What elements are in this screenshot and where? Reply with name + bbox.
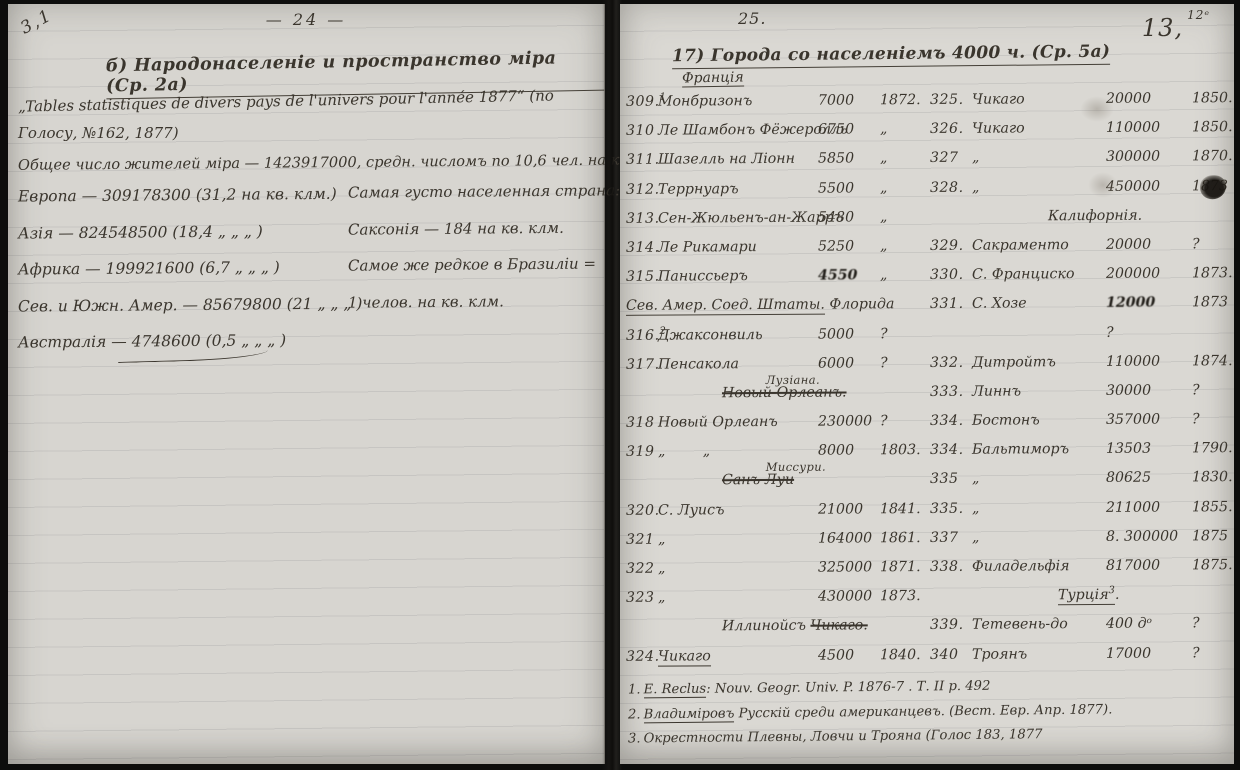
cell-number: 311. xyxy=(626,152,658,168)
corner-superscript: 12ᵉ xyxy=(1187,8,1210,22)
inserted-correction: Лузіана. xyxy=(766,373,820,387)
stat-row: Азія — 824548500 (18,4 „ „ „ )Саксонія —… xyxy=(18,218,604,260)
cell-year: 1873 xyxy=(1190,294,1232,310)
cell-population: 4550 xyxy=(816,267,878,283)
stat-row: Африка — 199921600 (6,7 „ „ „ )Самое же … xyxy=(18,254,604,296)
cities-table: 309.1Монбризонъ70001872.325.Чикаго200001… xyxy=(626,92,1232,676)
city-name: Бальтиморъ xyxy=(972,441,1069,458)
left-page: 3,1 — 24 — б) Народонаселеніе и простран… xyxy=(8,4,605,764)
cell-number: 335 xyxy=(930,471,972,487)
population-value: 230000 xyxy=(818,413,872,429)
population-value: 211000 xyxy=(1106,499,1160,515)
year-value: 1850. xyxy=(1192,90,1233,106)
city-name: Тетевень-до xyxy=(972,617,1068,634)
city-name: „ xyxy=(972,471,979,487)
cell-city: Троянъ xyxy=(972,645,1104,662)
city-name: Дитройтъ xyxy=(972,354,1056,371)
stat-note: Саксонія — 184 на кв. клм. xyxy=(348,218,564,238)
cell-year: 1850. xyxy=(1190,119,1232,135)
cell-city: С. Франциско xyxy=(972,266,1104,283)
footnote-number: 2. xyxy=(628,707,641,722)
cell-population: 325000 xyxy=(816,559,878,575)
table-row: Сев. Амер. Соед. Штаты. Флорида331.С. Хо… xyxy=(626,294,1232,327)
cell-number: 318 xyxy=(626,415,658,431)
population-value: 20000 xyxy=(1106,237,1151,253)
year-value: 1875. xyxy=(1192,557,1233,573)
year-value: 1841. xyxy=(880,501,921,517)
region-header-france: Франція xyxy=(682,69,744,87)
population-value: 17000 xyxy=(1106,645,1151,661)
cell-population: 450000 xyxy=(1104,178,1190,195)
table-subheader-left: Миссури.Санъ-Луи xyxy=(626,471,930,489)
cell-population: 200000 xyxy=(1104,266,1190,283)
year-value: 1873. xyxy=(880,588,921,604)
table-row: 321„1640001861.337„8. 3000001875 xyxy=(626,528,1232,561)
struck-text: Чикаго. xyxy=(810,618,867,634)
population-value: 110000 xyxy=(1106,353,1160,369)
cell-population: 230000 xyxy=(816,413,878,429)
cell-population: 6750 xyxy=(816,121,878,137)
city-name: Троянъ xyxy=(972,646,1027,662)
cell-year: ? xyxy=(878,413,930,429)
cell-number: 321 xyxy=(626,531,658,547)
stat-row: Австралія — 4748600 (0,5 „ „ „ ) xyxy=(18,327,604,369)
cell-population: 5000 xyxy=(816,326,878,342)
city-name: Пенсакола xyxy=(658,356,739,372)
population-value: 12000 xyxy=(1106,295,1155,311)
city-name: „ xyxy=(972,150,979,166)
cell-city: Террнуаръ xyxy=(658,180,816,197)
cell-population: 12000 xyxy=(1104,295,1190,312)
cell-year: 1875 xyxy=(1190,528,1232,544)
section-title-right: 17) Города со населеніемъ 4000 ч. (Ср. 5… xyxy=(672,42,1110,70)
cell-city: Бальтиморъ xyxy=(972,441,1104,458)
cell-city: Ле Шамбонъ Фёжеролль xyxy=(658,122,816,139)
cell-population: 164000 xyxy=(816,530,878,546)
cell-population: 211000 xyxy=(1104,499,1190,516)
city-name: Филадельфія xyxy=(972,558,1070,575)
cell-population: 5850 xyxy=(816,151,878,167)
population-value: 20000 xyxy=(1106,91,1151,107)
stat-note: Самая густо населенная страна: xyxy=(348,181,620,201)
table-row: Лузіана.Новый-Орлеанъ.333.Линнъ30000? xyxy=(626,382,1232,415)
cell-city: Шазелль на Ліонн xyxy=(658,151,816,168)
table-row: 311.Шазелль на Ліонн5850„327„3000001870. xyxy=(626,149,1232,182)
cell-number: 335. xyxy=(930,500,972,516)
footnote-lead: E. Reclus xyxy=(643,682,706,699)
subheader-extra: Флорида xyxy=(825,297,895,313)
cell-population: 20000 xyxy=(1104,90,1190,107)
cell-year: ? xyxy=(878,325,930,341)
year-value: 1850. xyxy=(1192,119,1233,135)
right-page: 25. 13,12ᵉ 17) Города со населеніемъ 400… xyxy=(620,4,1234,764)
table-row: Миссури.Санъ-Луи335„806251830. xyxy=(626,470,1232,503)
population-value: 5000 xyxy=(818,326,854,342)
city-name: Линнъ xyxy=(972,383,1021,399)
cell-year: „ xyxy=(878,121,930,137)
year-value: „ xyxy=(880,238,887,254)
cell-city: С. Хозе xyxy=(972,295,1104,312)
cell-year: 1873. xyxy=(1190,265,1232,281)
cell-year: 1861. xyxy=(878,530,930,546)
cell-city: Монбризонъ xyxy=(658,93,816,110)
year-value: „ xyxy=(880,180,887,196)
population-value: 450000 xyxy=(1106,178,1160,194)
year-value: 1790. xyxy=(1192,440,1233,456)
cell-year: „ xyxy=(878,238,930,254)
cell-population: 30000 xyxy=(1104,382,1190,399)
city-name: Чикаго xyxy=(658,648,711,666)
subheader-text: Калифорнія. xyxy=(1048,207,1142,224)
cell-number: 325. xyxy=(930,92,972,108)
cell-number: 322 xyxy=(626,561,658,577)
cell-number: 340 xyxy=(930,646,972,662)
year-value: „ xyxy=(880,151,887,167)
cell-city: Линнъ xyxy=(972,383,1104,400)
cell-city: Чикаго xyxy=(658,647,816,664)
population-value: 5500 xyxy=(818,180,854,196)
table-row: 318Новый Орлеанъ230000?334.Бостонъ357000… xyxy=(626,411,1232,444)
footnote-number: 1. xyxy=(628,682,641,697)
year-value: „ xyxy=(880,121,887,137)
cell-city: „ xyxy=(972,178,1104,195)
year-value: 1803. xyxy=(880,442,921,458)
cell-population: 13503 xyxy=(1104,441,1190,458)
struck-text: Новый-Орлеанъ. xyxy=(722,384,847,401)
city-name: „ xyxy=(972,530,979,546)
city-name: „ xyxy=(658,531,665,547)
cell-year: „ xyxy=(878,180,930,196)
year-value: 1873. xyxy=(1192,265,1233,281)
subheader-text: Иллинойсъ xyxy=(722,618,811,635)
cell-population: 17000 xyxy=(1104,645,1190,662)
population-value: 164000 xyxy=(818,530,872,546)
year-value: ? xyxy=(1192,645,1200,661)
table-row: 323„4300001873.Турція3. xyxy=(626,586,1232,619)
footnote-lead: Владиміровъ xyxy=(643,706,734,723)
population-value: 30000 xyxy=(1106,383,1151,399)
stat-text: Азія — 824548500 (18,4 „ „ „ ) xyxy=(18,222,263,242)
footnote-text: : Nouv. Geogr. Univ. P. 1876-7 . Т. II р… xyxy=(706,679,990,697)
city-name: С. Франциско xyxy=(972,266,1075,283)
cell-city: Дитройтъ xyxy=(972,354,1104,371)
cell-number: 334. xyxy=(930,442,972,458)
subheader-text: Турція3 xyxy=(1058,587,1115,605)
stat-text: Африка — 199921600 (6,7 „ „ „ ) xyxy=(18,258,280,278)
cell-population: 110000 xyxy=(1104,353,1190,370)
city-name: Террнуаръ xyxy=(658,181,739,197)
year-value: ? xyxy=(880,326,888,342)
year-value: 1873 xyxy=(1192,178,1228,194)
population-value: 400 дᵒ xyxy=(1106,616,1152,632)
footnote-lead: Окрестности xyxy=(643,730,743,746)
population-value: 325000 xyxy=(818,559,872,575)
footnote-text: Плевны, Ловчи и Трояна (Голос 183, 1877 xyxy=(743,727,1042,745)
cell-number: 314. xyxy=(626,240,658,256)
cell-city: „ xyxy=(658,560,816,577)
cell-population: 5500 xyxy=(816,180,878,196)
cell-year: 1874. xyxy=(1190,353,1232,369)
cell-number: 313. xyxy=(626,210,658,226)
cell-year: 1871. xyxy=(878,559,930,575)
page-number-left: — 24 — xyxy=(8,10,604,29)
cell-year: ? xyxy=(1190,382,1232,398)
cell-year: 1830. xyxy=(1190,470,1232,486)
city-name: С. Хозе xyxy=(972,296,1027,312)
cell-number: 319 xyxy=(626,444,658,460)
source-reference-line2: Голосу, №162, 1877) xyxy=(18,124,179,142)
struck-text: Санъ-Луи xyxy=(722,472,794,488)
cell-population: 8000 xyxy=(816,443,878,459)
cell-city: Ле Рикамари xyxy=(658,239,816,256)
cell-year: ? xyxy=(878,355,930,371)
population-value: 4550 xyxy=(818,268,858,284)
cell-year: 1850. xyxy=(1190,90,1232,106)
year-value: „ xyxy=(880,209,887,225)
cell-population: 21000 xyxy=(816,501,878,517)
inserted-correction: Миссури. xyxy=(766,460,826,474)
year-value: 1870. xyxy=(1192,149,1233,165)
cell-city: С. Луисъ xyxy=(658,501,816,518)
table-subheader-left: Иллинойсъ Чикаго. xyxy=(626,617,930,635)
population-value: 8000 xyxy=(818,443,854,459)
cell-year: 1841. xyxy=(878,501,930,517)
stat-row: Сев. и Южн. Амер. — 85679800 (21 „ „ „ )… xyxy=(18,291,604,333)
stat-text: Сев. и Южн. Амер. — 85679800 (21 „ „ „ ) xyxy=(18,294,363,315)
year-value: 1874. xyxy=(1192,353,1233,369)
cell-population: 5480 xyxy=(816,209,878,225)
year-value: 1855. xyxy=(1192,499,1233,515)
population-value: 13503 xyxy=(1106,441,1151,457)
table-row: 312.Террнуаръ5500„328.„4500001873 xyxy=(626,178,1232,211)
cell-number: 328. xyxy=(930,179,972,195)
cell-population: 80625 xyxy=(1104,470,1190,487)
year-value: ? xyxy=(880,413,888,429)
cell-population: 8. 300000 xyxy=(1104,528,1190,545)
table-row: 322„3250001871.338.Филадельфія8170001875… xyxy=(626,557,1232,590)
cell-city: Бостонъ xyxy=(972,412,1104,429)
city-name: „ „ xyxy=(658,444,710,460)
cell-city: Сен-Жюльенъ-ан-Жарръ xyxy=(658,209,816,226)
population-value: 5850 xyxy=(818,151,854,167)
cell-population: 4500 xyxy=(816,647,878,663)
cell-population: 817000 xyxy=(1104,557,1190,574)
subheader-suffix: . xyxy=(1115,587,1120,603)
stat-text: Европа — 309178300 (31,2 на кв. клм.) xyxy=(18,185,337,206)
cell-city: Пенсакола xyxy=(658,355,816,372)
city-name: Чикаго xyxy=(972,91,1025,107)
cell-number: 309.1 xyxy=(626,94,658,110)
footnote-number: 3. xyxy=(628,731,641,746)
table-row: 314.Ле Рикамари5250„329.Сакраменто20000? xyxy=(626,236,1232,269)
city-name: Монбризонъ xyxy=(658,93,752,110)
population-value: 200000 xyxy=(1106,266,1160,282)
year-value: ? xyxy=(880,355,888,371)
cell-year: 1790. xyxy=(1190,440,1232,456)
cell-city xyxy=(972,336,1104,337)
year-value: 1875 xyxy=(1192,528,1228,544)
year-value: 1871. xyxy=(880,559,921,575)
population-value: 6750 xyxy=(818,122,854,138)
cell-number: 337 xyxy=(930,530,972,546)
cell-number: 317. xyxy=(626,356,658,372)
stat-text: Австралія — 4748600 (0,5 „ „ „ ) xyxy=(18,331,286,351)
city-name: Чикаго xyxy=(972,121,1025,137)
cell-year: 1840. xyxy=(878,647,930,663)
table-row: 316.2Джаксонвиль5000?? xyxy=(626,324,1232,357)
population-value: 6000 xyxy=(818,355,854,371)
cell-city: Филадельфія xyxy=(972,558,1104,575)
table-subheader-right: Турція3. xyxy=(930,586,1232,604)
population-value: 430000 xyxy=(818,589,872,605)
year-value: 1830. xyxy=(1192,470,1233,486)
population-value: 357000 xyxy=(1106,412,1160,428)
page-number-right: 25. xyxy=(738,9,766,28)
cell-number: 324. xyxy=(626,648,658,664)
footnotes: 1.E. Reclus: Nouv. Geogr. Univ. P. 1876-… xyxy=(628,680,1112,754)
continent-stats: Европа — 309178300 (31,2 на кв. клм.)Сам… xyxy=(18,184,604,367)
city-name: С. Луисъ xyxy=(658,502,725,518)
cell-number: 332. xyxy=(930,354,972,370)
cell-number: 329. xyxy=(930,238,972,254)
cell-population: 430000 xyxy=(816,588,878,604)
cell-city: „ xyxy=(972,470,1104,487)
subheader-text: Сев. Амер. Соед. Штаты. xyxy=(626,297,825,316)
cell-year: ? xyxy=(1190,616,1232,632)
cell-city: Джаксонвиль xyxy=(658,326,816,343)
cell-number: 316.2 xyxy=(626,327,658,343)
population-value: 21000 xyxy=(818,501,863,517)
cell-city: Чикаго xyxy=(972,91,1104,108)
year-value: „ xyxy=(880,267,887,283)
cell-city: „ xyxy=(972,500,1104,517)
year-value: ? xyxy=(1192,382,1200,398)
population-value: 817000 xyxy=(1106,558,1160,574)
stat-note: 1 челов. на кв. клм. xyxy=(348,292,504,311)
population-value: 5250 xyxy=(818,238,854,254)
table-row: 310Ле Шамбонъ Фёжеролль6750„326.Чикаго11… xyxy=(626,119,1232,152)
stat-row: Европа — 309178300 (31,2 на кв. клм.)Сам… xyxy=(18,181,604,223)
cell-population: 400 дᵒ xyxy=(1104,616,1190,633)
cell-year: 1870. xyxy=(1190,149,1232,165)
cell-city: Новый Орлеанъ xyxy=(658,414,816,431)
footnote: 3.Окрестности Плевны, Ловчи и Трояна (Го… xyxy=(628,726,1113,756)
cell-city: „ xyxy=(972,149,1104,166)
cell-number: 327 xyxy=(930,150,972,166)
population-value: 5480 xyxy=(818,209,854,225)
table-subheader-right: Калифорнія. xyxy=(930,207,1232,225)
table-row: 320.С. Луисъ210001841.335.„2110001855. xyxy=(626,499,1232,532)
cell-number: 330. xyxy=(930,267,972,283)
year-value: 1840. xyxy=(880,647,921,663)
cell-city: Чикаго xyxy=(972,120,1104,137)
cell-number: 323 xyxy=(626,590,658,606)
year-value: 1872. xyxy=(880,92,921,108)
cell-city: Паниссьеръ xyxy=(658,268,816,285)
cell-population: 6000 xyxy=(816,355,878,371)
city-name: „ xyxy=(658,590,665,606)
table-subheader-left: Лузіана.Новый-Орлеанъ. xyxy=(626,384,930,402)
table-row: 317.Пенсакола6000?332.Дитройтъ1100001874… xyxy=(626,353,1232,386)
population-value: 110000 xyxy=(1106,120,1160,136)
cell-number: 331. xyxy=(930,296,972,312)
cell-number: 310 xyxy=(626,123,658,139)
cell-population: 7000 xyxy=(816,92,878,108)
cell-year: ? xyxy=(1190,236,1232,252)
cell-number: 326. xyxy=(930,121,972,137)
city-name: Бостонъ xyxy=(972,412,1040,428)
cell-year: ? xyxy=(1190,645,1232,661)
world-population-line: Общее число жителей міра — 1423917000, с… xyxy=(18,151,672,174)
city-name: Ле Рикамари xyxy=(658,239,757,256)
population-value: 300000 xyxy=(1106,149,1160,165)
cell-city: „ „ xyxy=(658,443,816,460)
cell-number: 338. xyxy=(930,559,972,575)
cell-city: „ xyxy=(972,529,1104,546)
population-value: ? xyxy=(1106,324,1114,340)
corner-number: 13, xyxy=(1142,14,1183,42)
cell-number: 312. xyxy=(626,181,658,197)
city-name: „ xyxy=(658,561,665,577)
year-value: ? xyxy=(1192,616,1200,632)
notebook-scan: 3,1 — 24 — б) Народонаселеніе и простран… xyxy=(0,0,1240,770)
population-value: 80625 xyxy=(1106,470,1151,486)
city-name: Сакраменто xyxy=(972,237,1069,254)
city-name: Джаксонвиль xyxy=(658,327,763,344)
cell-year: 1873 xyxy=(1190,178,1232,194)
table-row: 315.Паниссьеръ4550„330.С. Франциско20000… xyxy=(626,265,1232,298)
cell-population: 357000 xyxy=(1104,411,1190,428)
cell-year: „ xyxy=(878,209,930,225)
cell-number: 339. xyxy=(930,617,972,633)
cell-number: 334. xyxy=(930,413,972,429)
city-name: Новый Орлеанъ xyxy=(658,414,778,431)
population-value: 4500 xyxy=(818,647,854,663)
cell-year: 1872. xyxy=(878,92,930,108)
cell-year: 1803. xyxy=(878,442,930,458)
table-row: Иллинойсъ Чикаго.339.Тетевень-до400 дᵒ? xyxy=(626,616,1232,649)
cell-population: 110000 xyxy=(1104,120,1190,137)
table-subheader-left: Сев. Амер. Соед. Штаты. Флорида xyxy=(626,296,930,314)
cell-year: „ xyxy=(878,267,930,283)
stat-note: Самое же редкое в Бразиліи = xyxy=(348,255,596,275)
cell-number: 333. xyxy=(930,384,972,400)
population-value: 8. 300000 xyxy=(1106,528,1178,544)
cell-city: Тетевень-до xyxy=(972,616,1104,633)
cell-year: 1855. xyxy=(1190,499,1232,515)
cell-city: „ xyxy=(658,531,816,548)
cell-year: ? xyxy=(1190,411,1232,427)
population-value: 7000 xyxy=(818,92,854,108)
page-gutter xyxy=(602,0,622,770)
city-name: „ xyxy=(972,179,979,195)
city-name: „ xyxy=(972,500,979,516)
cell-population: ? xyxy=(1104,324,1190,341)
table-row: 319„ „80001803.334.Бальтиморъ135031790. xyxy=(626,440,1232,473)
cell-city: Сакраменто xyxy=(972,237,1104,254)
cell-year: „ xyxy=(878,150,930,166)
year-value: ? xyxy=(1192,411,1200,427)
cell-population: 300000 xyxy=(1104,149,1190,166)
cell-population: 20000 xyxy=(1104,236,1190,253)
year-value: ? xyxy=(1192,236,1200,252)
year-value: 1861. xyxy=(880,530,921,546)
year-value: 1873 xyxy=(1192,294,1228,310)
cell-population: 5250 xyxy=(816,238,878,254)
cell-year: 1875. xyxy=(1190,557,1232,573)
cell-year: 1873. xyxy=(878,588,930,604)
table-row: 313.Сен-Жюльенъ-ан-Жарръ5480„Калифорнія. xyxy=(626,207,1232,240)
